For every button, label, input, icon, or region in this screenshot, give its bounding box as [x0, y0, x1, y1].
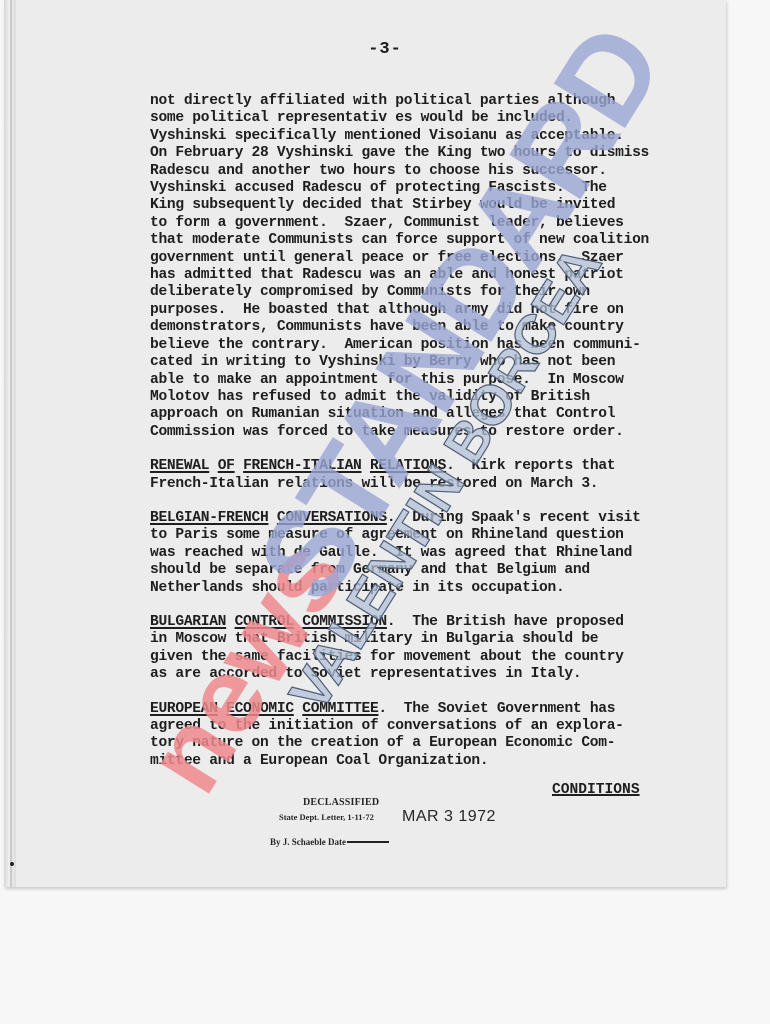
declassified-stamp-authority: State Dept. Letter, 1-11-72	[279, 812, 374, 822]
declassified-stamp-by: By J. Schaeble Date	[270, 837, 389, 847]
section-heading-word: BULGARIAN	[150, 614, 226, 630]
section-heading-word: EUROPEAN	[150, 701, 218, 717]
text-line: agreed to the initiation of conversation…	[150, 718, 710, 735]
text-line: cated in writing to Vyshinski by Berry w…	[150, 354, 710, 371]
text-line: Molotov has refused to admit the validit…	[150, 389, 710, 406]
text-line: in Moscow that British military in Bulga…	[150, 631, 710, 648]
text-line: as are accorded to Soviet representative…	[150, 666, 710, 683]
text-line: believe the contrary. American position …	[150, 337, 710, 354]
section-heading-word: COMMITTEE	[302, 701, 378, 717]
text-line: Commission was forced to take measures t…	[150, 424, 710, 441]
text-line: some political representativ es would be…	[150, 110, 710, 127]
paragraph-section: BELGIAN-FRENCH CONVERSATIONS. During Spa…	[150, 510, 710, 597]
punch-mark	[10, 862, 14, 866]
text-line: has admitted that Radescu was an able an…	[150, 267, 710, 284]
text-line: French-Italian relations will be restore…	[150, 476, 710, 493]
text-line: purposes. He boasted that although army …	[150, 302, 710, 319]
text-line: government until general peace or free e…	[150, 250, 710, 267]
paragraph-section: EUROPEAN ECONOMIC COMMITTEE. The Soviet …	[150, 701, 710, 771]
text-line: given the same facilities for movement a…	[150, 649, 710, 666]
text-line: Radescu and another two hours to choose …	[150, 163, 710, 180]
declassified-stamp-date: MAR 3 1972	[402, 808, 496, 826]
document-body: not directly affiliated with political p…	[150, 93, 710, 787]
paragraph-continued: not directly affiliated with political p…	[150, 93, 710, 441]
text-line: to form a government. Szaer, Communist l…	[150, 215, 710, 232]
text-line: deliberately compromised by Communists f…	[150, 284, 710, 301]
text-line: to Paris some measure of agreement on Rh…	[150, 527, 710, 544]
text-line: Vyshinski accused Radescu of protecting …	[150, 180, 710, 197]
text-line: able to make an appointment for this pur…	[150, 372, 710, 389]
text-line: not directly affiliated with political p…	[150, 93, 710, 110]
text-line: tory nature on the creation of a Europea…	[150, 735, 710, 752]
text-line: demonstrators, Communists have been able…	[150, 319, 710, 336]
text-line: that moderate Communists can force suppo…	[150, 232, 710, 249]
section-heading-word: COMMISSION	[302, 614, 387, 630]
continuation-word: CONDITIONS	[552, 782, 640, 798]
text-line: approach on Rumanian situation and alleg…	[150, 406, 710, 423]
paragraph-heading-line: BELGIAN-FRENCH CONVERSATIONS. During Spa…	[150, 510, 710, 527]
section-heading-word: FRENCH-ITALIAN	[243, 458, 361, 474]
paragraph-heading-line: BULGARIAN CONTROL COMMISSION. The Britis…	[150, 614, 710, 631]
paragraph-heading-line: EUROPEAN ECONOMIC COMMITTEE. The Soviet …	[150, 701, 710, 718]
text-line: King subsequently decided that Stirbey w…	[150, 197, 710, 214]
text-line: should be separate from Germany and that…	[150, 562, 710, 579]
section-heading-word: BELGIAN-FRENCH	[150, 510, 268, 526]
text-line: Netherlands should participate in its oc…	[150, 580, 710, 597]
declassified-stamp-title: DECLASSIFIED	[303, 797, 379, 808]
section-heading-word: CONTROL	[235, 614, 294, 630]
section-heading-word: ECONOMIC	[226, 701, 294, 717]
text-line: Vyshinski specifically mentioned Visoian…	[150, 128, 710, 145]
signature-blank	[347, 841, 389, 843]
text-line: mittee and a European Coal Organization.	[150, 753, 710, 770]
paragraph-section: BULGARIAN CONTROL COMMISSION. The Britis…	[150, 614, 710, 684]
page-number: -3-	[0, 40, 770, 59]
paragraph-section: RENEWAL OF FRENCH-ITALIAN RELATIONS. Kir…	[150, 458, 710, 493]
page-binding-edge	[4, 0, 16, 887]
section-heading-word: CONVERSATIONS	[277, 510, 387, 526]
section-heading-word: RENEWAL	[150, 458, 209, 474]
section-heading-word: OF	[218, 458, 235, 474]
section-heading-word: RELATIONS	[370, 458, 446, 474]
declassified-stamp-by-label: By J. Schaeble Date	[270, 837, 346, 847]
text-line: was reached with de Gaulle. It was agree…	[150, 545, 710, 562]
text-line: On February 28 Vyshinski gave the King t…	[150, 145, 710, 162]
paragraph-heading-line: RENEWAL OF FRENCH-ITALIAN RELATIONS. Kir…	[150, 458, 710, 475]
